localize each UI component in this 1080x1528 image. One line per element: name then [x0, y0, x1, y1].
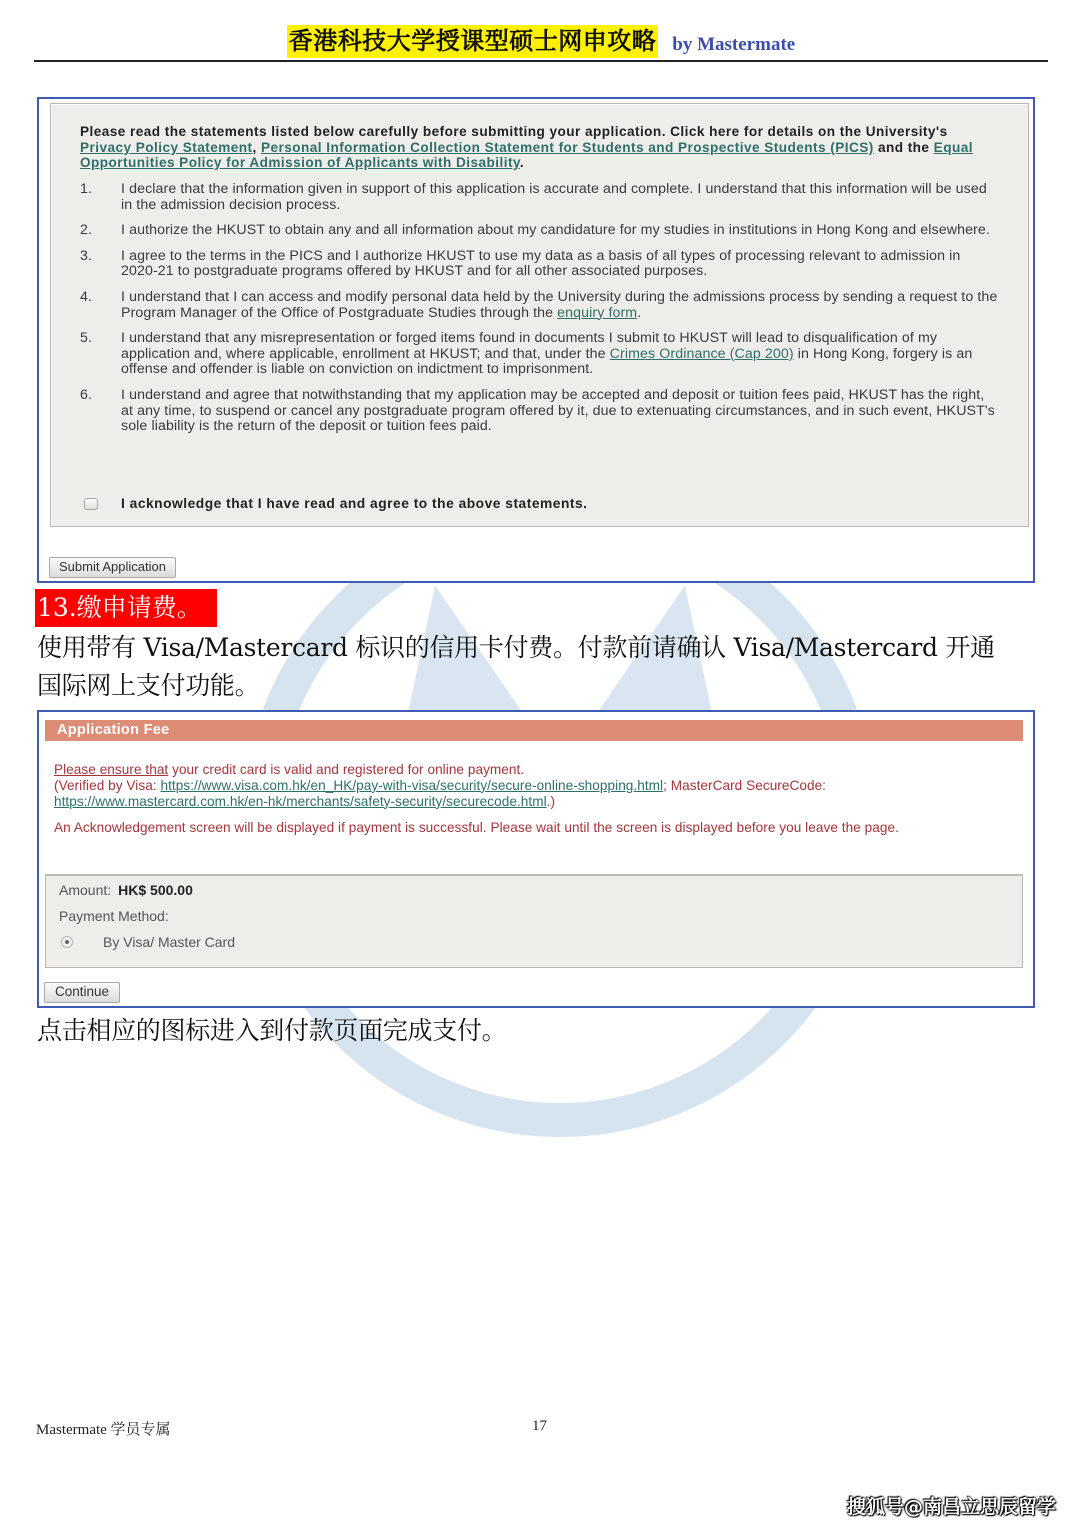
amount-value: HK$ 500.00 — [118, 882, 193, 898]
statement-number: 5. — [80, 331, 121, 378]
statement-item: 5. I understand that any misrepresentati… — [80, 331, 1000, 378]
credit-card-note: Please ensure that your credit card is v… — [54, 762, 1014, 809]
statement-item: 1. I declare that the information given … — [80, 182, 1000, 213]
mastercard-securecode-label: ; MasterCard SecureCode: — [663, 778, 826, 793]
statement-item: 3. I agree to the terms in the PICS and … — [80, 249, 1000, 280]
payment-method-option-label[interactable]: By Visa/ Master Card — [103, 934, 235, 950]
period: . — [520, 155, 524, 170]
declaration-screenshot: Please read the statements listed below … — [37, 97, 1035, 583]
guide-title: 香港科技大学授课型硕士网申攻略 — [287, 25, 659, 58]
statement-number: 3. — [80, 249, 121, 280]
statement-item: 6. I understand and agree that notwithst… — [80, 388, 1000, 435]
statement-number: 6. — [80, 388, 121, 435]
payment-method-option[interactable]: By Visa/ Master Card — [61, 934, 235, 950]
step-followup-text: 点击相应的图标进入到付款页面完成支付。 — [37, 1012, 506, 1050]
statement-list: 1. I declare that the information given … — [80, 182, 1000, 435]
and-the: and the — [874, 140, 934, 155]
acknowledge-row[interactable]: I acknowledge that I have read and agree… — [84, 496, 587, 511]
payment-method-label: Payment Method: — [59, 908, 169, 924]
step-instruction-line1: 使用带有 Visa/Mastercard 标识的信用卡付费。付款前请确认 Vis… — [37, 629, 995, 667]
byline: by Mastermate — [672, 30, 795, 60]
closing-paren: .) — [547, 794, 555, 809]
page-header: 香港科技大学授课型硕士网申攻略by Mastermate — [34, 24, 1048, 62]
acknowledge-checkbox[interactable] — [84, 498, 98, 510]
acknowledgement-note: An Acknowledgement screen will be displa… — [54, 820, 1014, 836]
mastercard-securecode-link[interactable]: https://www.mastercard.com.hk/en-hk/merc… — [54, 794, 547, 809]
statement-text: I understand and agree that notwithstand… — [121, 388, 1000, 435]
source-tag: 搜狐号@南昌立思辰留学 — [847, 1492, 1056, 1519]
statement-text: I declare that the information given in … — [121, 182, 1000, 213]
privacy-policy-link[interactable]: Privacy Policy Statement — [80, 140, 253, 155]
crimes-ordinance-link[interactable]: Crimes Ordinance (Cap 200) — [610, 346, 794, 362]
intro-text: Please read the statements listed below … — [80, 124, 948, 139]
statement-text: I understand that any misrepresentation … — [121, 331, 1000, 378]
amount-row: Amount:HK$ 500.00 — [59, 882, 193, 898]
verified-by-visa-label: (Verified by Visa: — [54, 778, 160, 793]
statement-number: 4. — [80, 290, 121, 321]
continue-button[interactable]: Continue — [44, 982, 120, 1003]
footer-left: Mastermate 学员专属 — [36, 1418, 171, 1439]
amount-label: Amount: — [59, 882, 111, 898]
statement-number: 2. — [80, 223, 121, 239]
visa-security-link[interactable]: https://www.visa.com.hk/en_HK/pay-with-v… — [160, 778, 663, 793]
enquiry-form-link[interactable]: enquiry form — [557, 305, 637, 321]
statement-text: I agree to the terms in the PICS and I a… — [121, 249, 1000, 280]
submit-application-button[interactable]: Submit Application — [49, 557, 176, 578]
declaration-intro: Please read the statements listed below … — [80, 124, 1000, 171]
comma: , — [253, 140, 261, 155]
statement-text: I understand that I can access and modif… — [121, 290, 1000, 321]
fee-notes: Please ensure that your credit card is v… — [54, 762, 1014, 847]
ensure-text: your credit card is valid and registered… — [168, 762, 524, 777]
payment-panel: Amount:HK$ 500.00 Payment Method: By Vis… — [45, 874, 1023, 968]
statement-item: 2. I authorize the HKUST to obtain any a… — [80, 223, 1000, 239]
ensure-link[interactable]: Please ensure that — [54, 762, 168, 777]
application-fee-header: Application Fee — [45, 720, 1023, 741]
statement-text-after: . — [637, 305, 641, 321]
application-fee-screenshot: Application Fee Please ensure that your … — [37, 710, 1035, 1008]
acknowledge-label[interactable]: I acknowledge that I have read and agree… — [121, 496, 587, 511]
pics-link[interactable]: Personal Information Collection Statemen… — [261, 140, 874, 155]
statements-panel: Please read the statements listed below … — [50, 103, 1029, 527]
statement-number: 1. — [80, 182, 121, 213]
statement-text: I authorize the HKUST to obtain any and … — [121, 223, 1000, 239]
visa-mastercard-radio[interactable] — [61, 936, 73, 948]
step-heading: 13.缴申请费。 — [35, 589, 217, 627]
statement-item: 4. I understand that I can access and mo… — [80, 290, 1000, 321]
page-number: 17 — [532, 1418, 547, 1435]
step-instruction-line2: 国际网上支付功能。 — [37, 667, 259, 705]
